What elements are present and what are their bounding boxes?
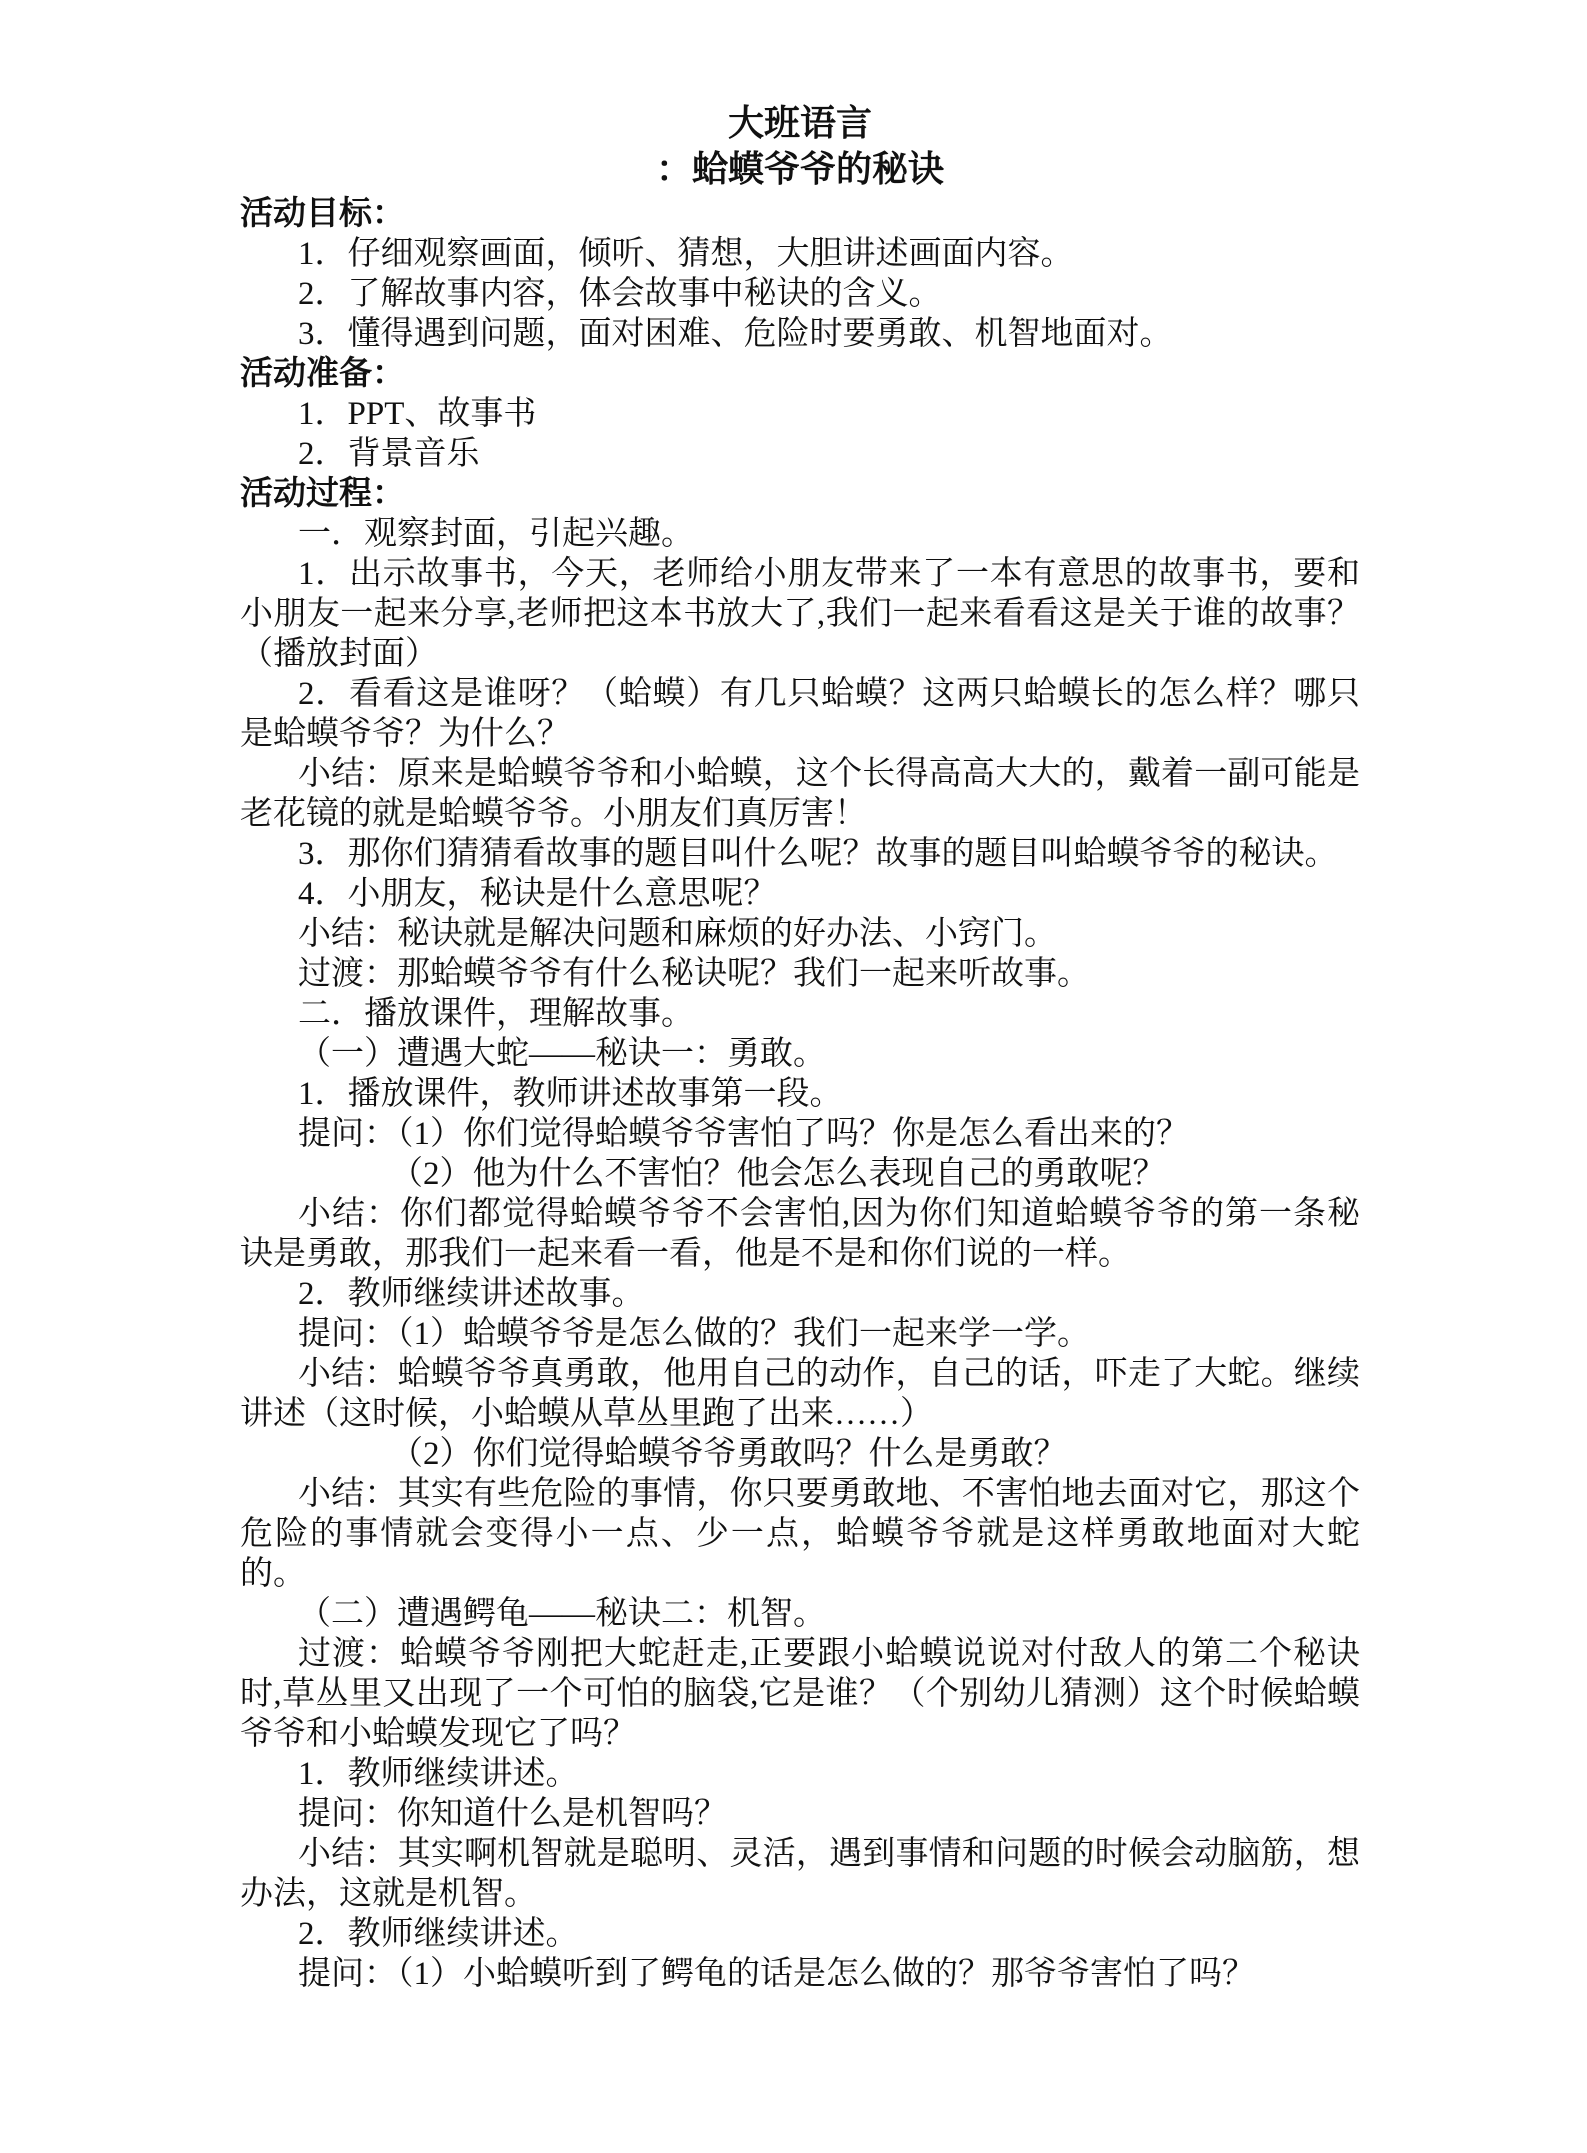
paragraph: 小结：你们都觉得蛤蟆爷爷不会害怕,因为你们知道蛤蟆爷爷的第一条秘诀是勇敢，那我们… [240,1194,1360,1274]
paragraph: 4．小朋友，秘诀是什么意思呢？ [240,874,1360,914]
paragraph: 小结：其实有些危险的事情，你只要勇敢地、不害怕地去面对它，那这个危险的事情就会变… [240,1474,1360,1594]
paragraph: （一）遭遇大蛇——秘诀一：勇敢。 [240,1034,1360,1074]
paragraph: 2．看看这是谁呀？（蛤蟆）有几只蛤蟆？这两只蛤蟆长的怎么样？哪只是蛤蟆爷爷？为什… [240,674,1360,754]
paragraph: 2．了解故事内容，体会故事中秘诀的含义。 [240,274,1360,314]
paragraph: 提问：（1）小蛤蟆听到了鳄龟的话是怎么做的？那爷爷害怕了吗？ [240,1954,1360,1994]
document-title-line-2: ：蛤蟆爷爷的秘诀 [240,146,1360,192]
paragraph: 1．仔细观察画面，倾听、猜想，大胆讲述画面内容。 [240,234,1360,274]
section-heading: 活动目标： [240,194,1360,234]
paragraph: 提问：（1）你们觉得蛤蟆爷爷害怕了吗？你是怎么看出来的？ [240,1114,1360,1154]
paragraph: 3．懂得遇到问题，面对困难、危险时要勇敢、机智地面对。 [240,314,1360,354]
paragraph: 3．那你们猜猜看故事的题目叫什么呢？故事的题目叫蛤蟆爷爷的秘诀。 [240,834,1360,874]
paragraph: 小结：蛤蟆爷爷真勇敢，他用自己的动作，自己的话，吓走了大蛇。继续讲述（这时候，小… [240,1354,1360,1434]
section-heading: 活动准备： [240,354,1360,394]
paragraph: 小结：其实啊机智就是聪明、灵活，遇到事情和问题的时候会动脑筋，想办法，这就是机智… [240,1834,1360,1914]
document-page: 大班语言 ：蛤蟆爷爷的秘诀 活动目标：1．仔细观察画面，倾听、猜想，大胆讲述画面… [0,0,1587,2153]
paragraph: 过渡：蛤蟆爷爷刚把大蛇赶走,正要跟小蛤蟆说说对付敌人的第二个秘诀时,草丛里又出现… [240,1634,1360,1754]
paragraph: 小结：秘诀就是解决问题和麻烦的好办法、小窍门。 [240,914,1360,954]
paragraph: 小结：原来是蛤蟆爷爷和小蛤蟆，这个长得高高大大的，戴着一副可能是老花镜的就是蛤蟆… [240,754,1360,834]
paragraph: 提问：（1）蛤蟆爷爷是怎么做的？我们一起来学一学。 [240,1314,1360,1354]
paragraph: 1．PPT、故事书 [240,394,1360,434]
paragraph: （二）遭遇鳄龟——秘诀二：机智。 [240,1594,1360,1634]
document-body: 活动目标：1．仔细观察画面，倾听、猜想，大胆讲述画面内容。2．了解故事内容，体会… [240,194,1360,1994]
paragraph: 1．播放课件，教师讲述故事第一段。 [240,1074,1360,1114]
paragraph: 二．播放课件，理解故事。 [240,994,1360,1034]
paragraph: 提问：你知道什么是机智吗？ [240,1794,1360,1834]
paragraph: 2．教师继续讲述。 [240,1914,1360,1954]
sub-question-paragraph: （2）他为什么不害怕？他会怎么表现自己的勇敢呢？ [240,1154,1360,1194]
paragraph: 1．教师继续讲述。 [240,1754,1360,1794]
paragraph: 过渡：那蛤蟆爷爷有什么秘诀呢？我们一起来听故事。 [240,954,1360,994]
section-heading: 活动过程： [240,474,1360,514]
paragraph: 1．出示故事书，今天，老师给小朋友带来了一本有意思的故事书，要和小朋友一起来分享… [240,554,1360,674]
document-title-line-1: 大班语言 [240,100,1360,146]
paragraph: 2．教师继续讲述故事。 [240,1274,1360,1314]
sub-question-paragraph: （2）你们觉得蛤蟆爷爷勇敢吗？什么是勇敢？ [240,1434,1360,1474]
paragraph: 2．背景音乐 [240,434,1360,474]
paragraph: 一．观察封面，引起兴趣。 [240,514,1360,554]
